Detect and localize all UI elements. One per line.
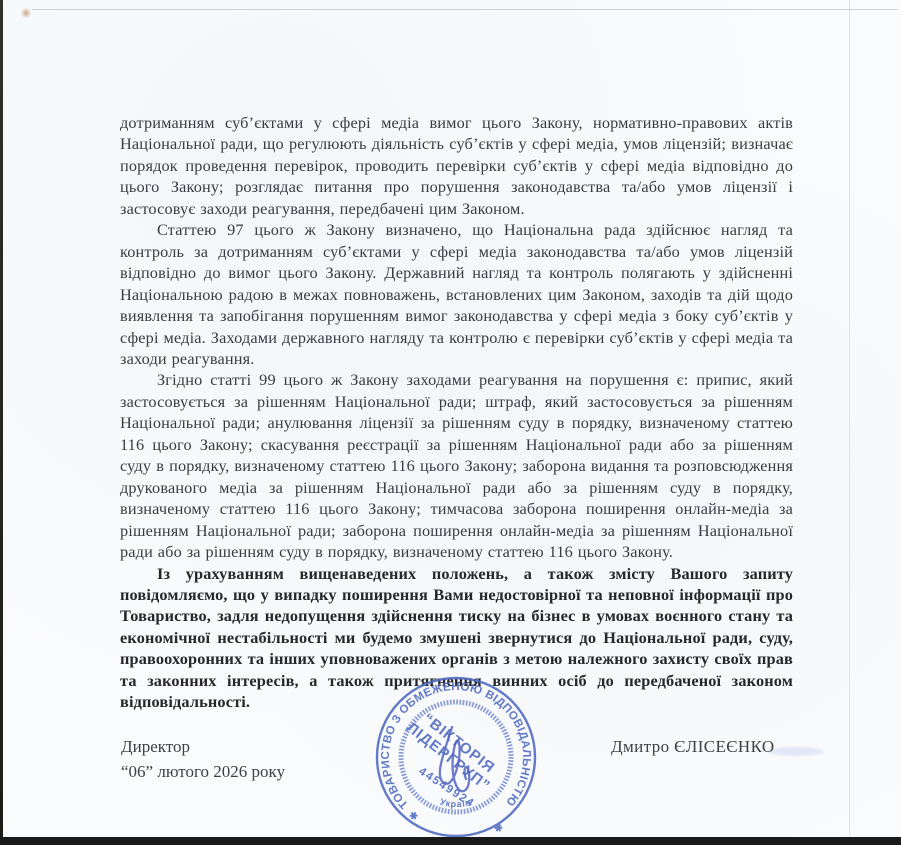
- company-seal-stamp: ТОВАРИСТВО З ОБМЕЖЕНОЮ ВІДПОВІДАЛЬНІСТЮ …: [368, 669, 544, 845]
- paragraph-article-99: Згідно статті 99 цього ж Закону заходами…: [120, 369, 793, 562]
- signer-position-title: Директор: [121, 737, 190, 757]
- letter-date: “06” лютого 2026 року: [121, 762, 285, 782]
- paragraph-article-97: Статтею 97 цього ж Закону визначено, що …: [120, 219, 793, 369]
- scan-edge-left: [0, 0, 3, 845]
- paragraph-law-requirements: дотриманням суб’єктами у сфері медіа вим…: [120, 112, 793, 219]
- stamp-star-right-icon: ✱: [492, 822, 505, 836]
- scan-hairline-top: [32, 9, 898, 10]
- signer-name: Дмитро ЄЛІСЕЄНКО: [611, 737, 775, 757]
- scan-band-bottom: [0, 837, 901, 845]
- scan-speck: [20, 8, 32, 18]
- scan-fold-line: [849, 0, 850, 837]
- letter-body: дотриманням суб’єктами у сфері медіа вим…: [120, 112, 793, 713]
- scan-ink-smudge: [768, 747, 824, 756]
- scanned-letter-page: дотриманням суб’єктами у сфері медіа вим…: [0, 0, 901, 845]
